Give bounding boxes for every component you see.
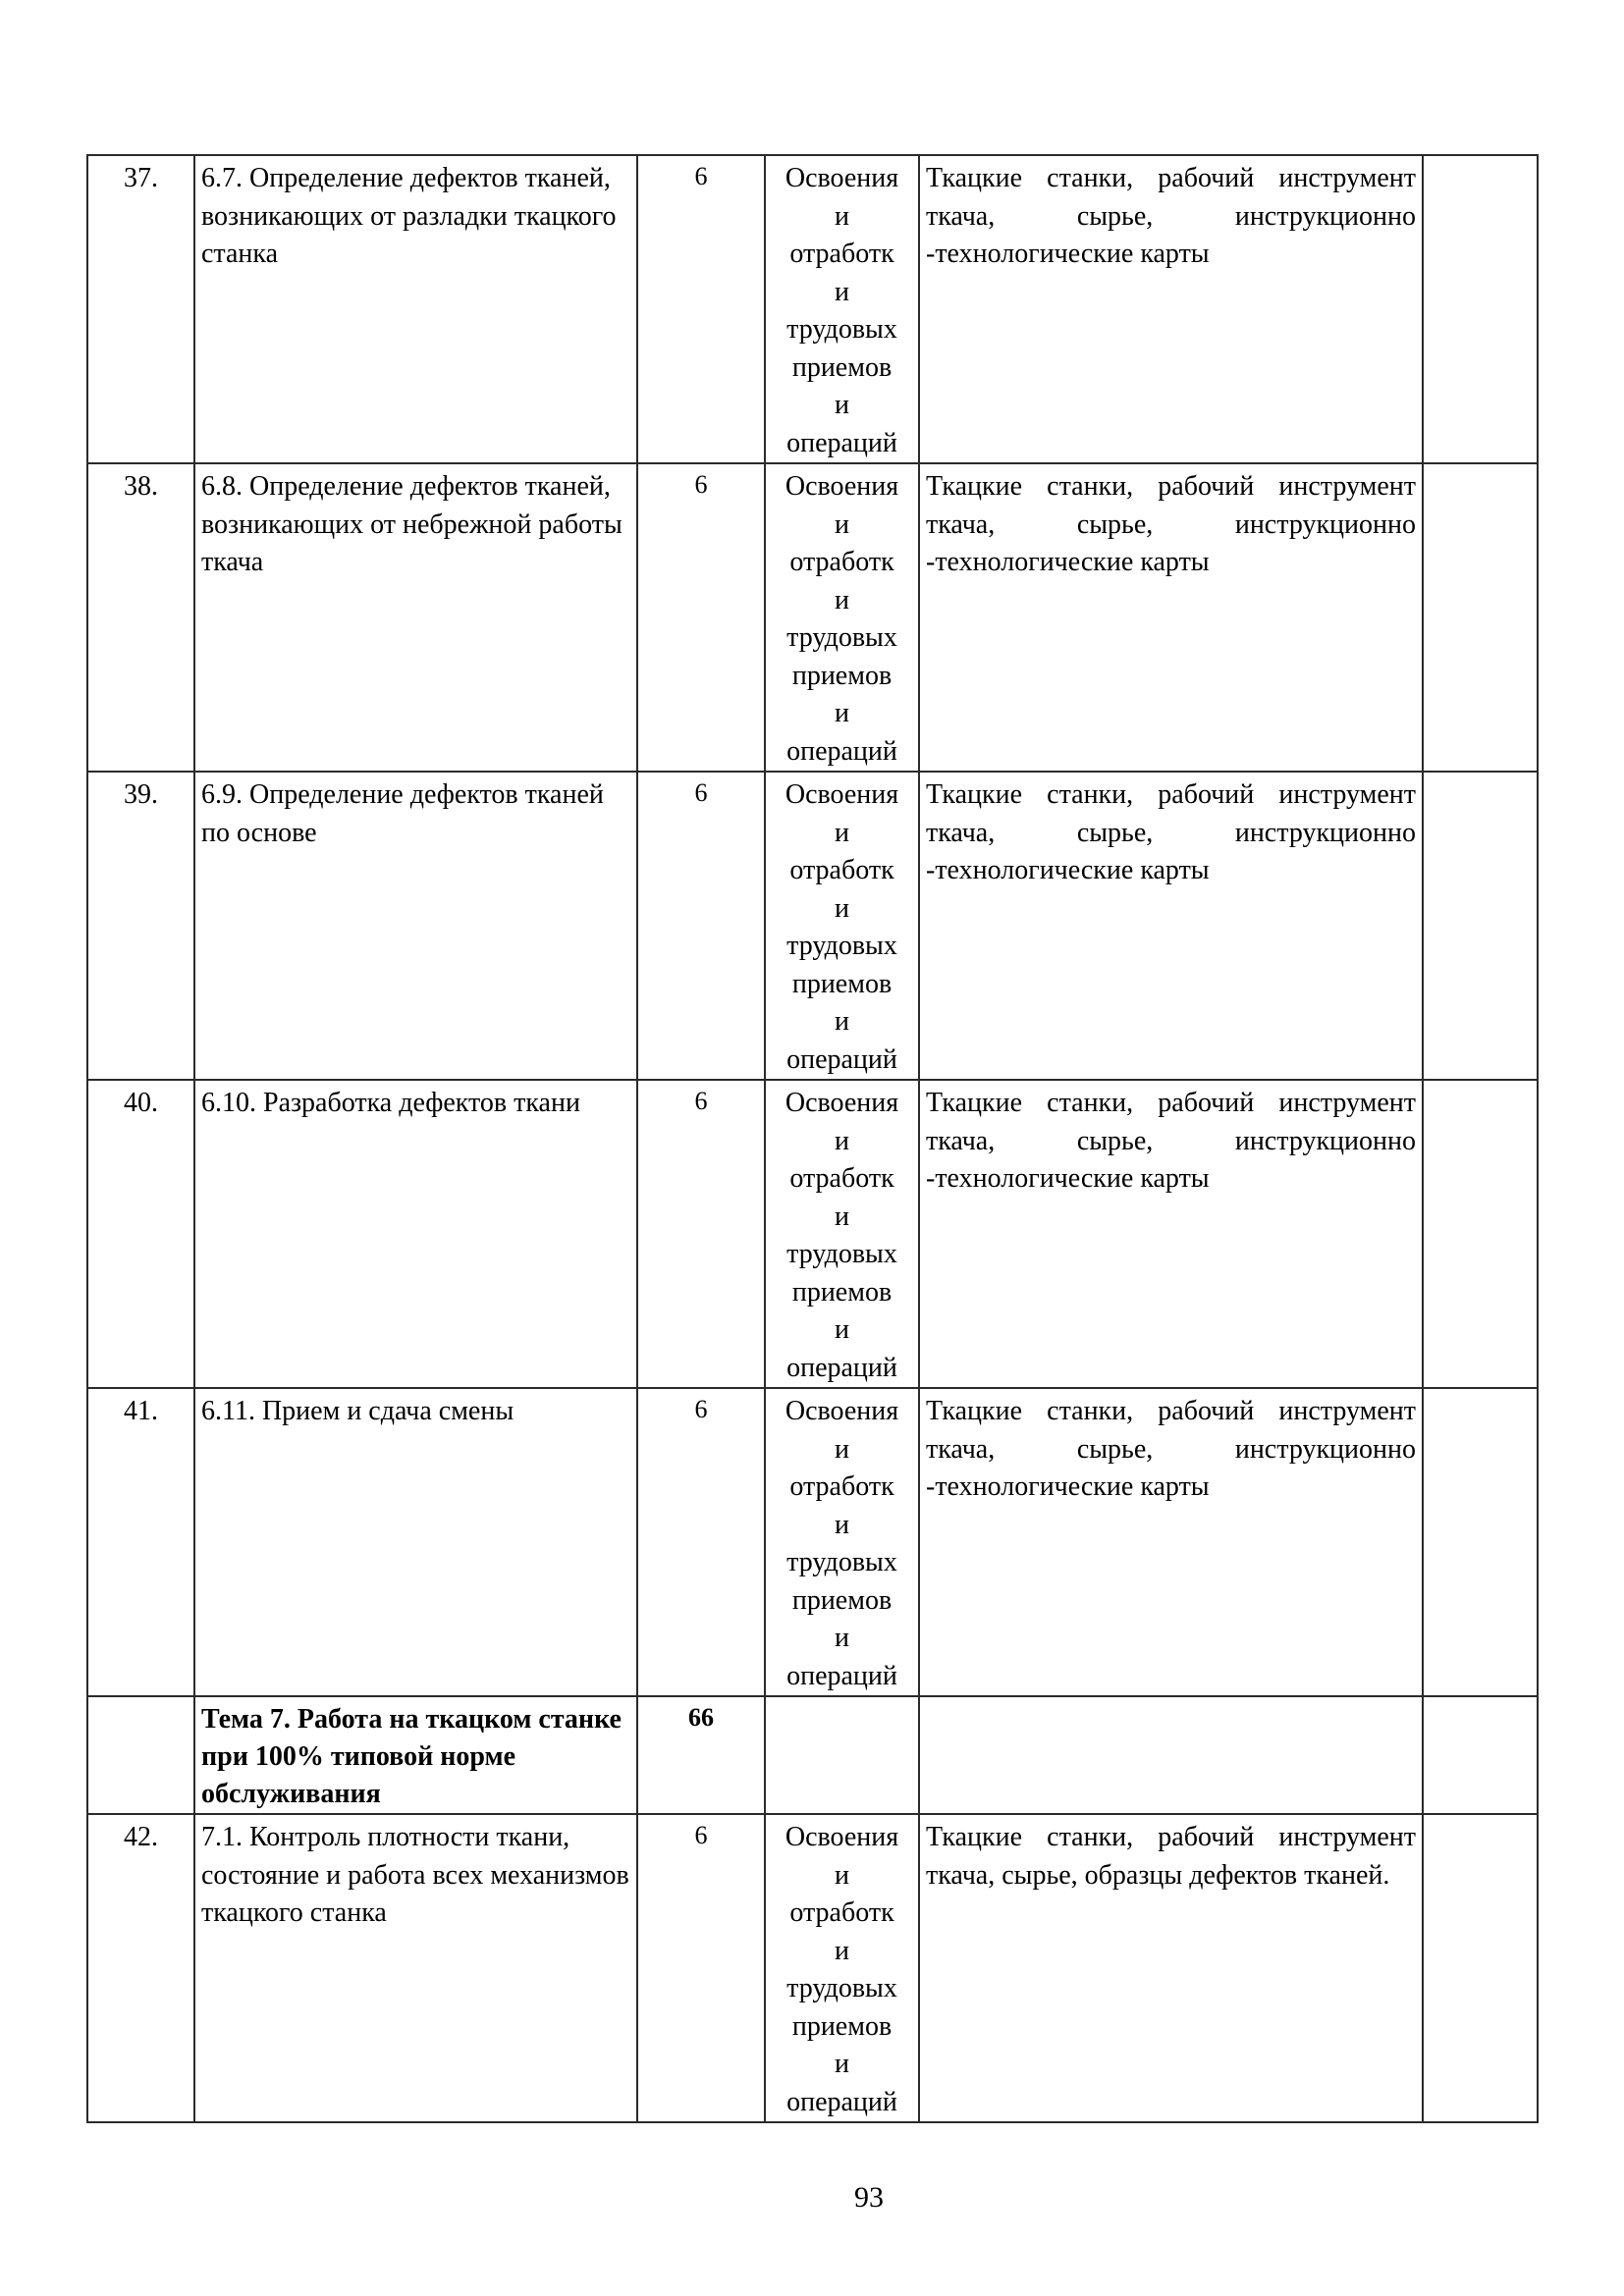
lesson-resources: Ткацкие станки, рабочий инструмент ткача… (919, 1080, 1423, 1388)
lesson-resources: Ткацкие станки, рабочий инструмент ткача… (919, 155, 1423, 463)
form-line: приемов (768, 1582, 916, 1621)
form-line: операций (768, 1041, 916, 1080)
form-line: и (768, 582, 916, 620)
row-number: 41. (87, 1388, 194, 1696)
theme-row: Тема 7. Работа на ткацком станке при 100… (87, 1696, 1538, 1814)
lesson-hours: 6 (637, 1080, 765, 1388)
form-line: приемов (768, 1274, 916, 1312)
row-number: 42. (87, 1814, 194, 2122)
form-line: приемов (768, 349, 916, 388)
form-line: и (768, 1199, 916, 1237)
lesson-topic: 6.7. Определение дефектов тканей, возник… (194, 155, 637, 463)
lesson-form: Освоенияиотработкитрудовыхприемовиоперац… (765, 1080, 919, 1388)
form-line: и (768, 387, 916, 425)
theme-hours: 66 (637, 1696, 765, 1814)
table-row: 37. 6.7. Определение дефектов тканей, во… (87, 155, 1538, 463)
form-line: и (768, 198, 916, 237)
lesson-extra (1423, 1388, 1538, 1696)
lesson-extra (1423, 463, 1538, 772)
form-line: Освоения (768, 1393, 916, 1431)
lesson-topic: 7.1. Контроль плотности ткани, состояние… (194, 1814, 637, 2122)
lesson-extra (1423, 1814, 1538, 2122)
form-line: приемов (768, 658, 916, 696)
table-row: 39. 6.9. Определение дефектов тканей по … (87, 772, 1538, 1080)
lesson-resources: Ткацкие станки, рабочий инструмент ткача… (919, 1814, 1423, 2122)
form-line: и (768, 1431, 916, 1469)
lesson-resources: Ткацкие станки, рабочий инструмент ткача… (919, 463, 1423, 772)
row-number: 40. (87, 1080, 194, 1388)
curriculum-table: 37. 6.7. Определение дефектов тканей, во… (86, 154, 1539, 2123)
lesson-form: Освоенияиотработкитрудовыхприемовиоперац… (765, 1814, 919, 2122)
form-line: приемов (768, 966, 916, 1004)
table-row: 40. 6.10. Разработка дефектов ткани 6 Ос… (87, 1080, 1538, 1388)
form-line: и (768, 1857, 916, 1896)
theme-title: Тема 7. Работа на ткацком станке при 100… (194, 1696, 637, 1814)
lesson-form: Освоенияиотработкитрудовыхприемовиоперац… (765, 1388, 919, 1696)
lesson-hours: 6 (637, 155, 765, 463)
form-line: и (768, 2046, 916, 2084)
lesson-extra (1423, 1080, 1538, 1388)
lesson-hours: 6 (637, 1814, 765, 2122)
form-line: и (768, 1123, 916, 1161)
form-line: Освоения (768, 1085, 916, 1123)
form-line: и (768, 815, 916, 853)
lesson-form: Освоенияиотработкитрудовыхприемовиоперац… (765, 463, 919, 772)
table-row: 38. 6.8. Определение дефектов тканей, во… (87, 463, 1538, 772)
lesson-topic: 6.10. Разработка дефектов ткани (194, 1080, 637, 1388)
lesson-extra (1423, 155, 1538, 463)
theme-form (765, 1696, 919, 1814)
form-line: и (768, 890, 916, 929)
form-line: Освоения (768, 160, 916, 198)
theme-extra (1423, 1696, 1538, 1814)
form-line: Освоения (768, 1819, 916, 1857)
table-row: 42. 7.1. Контроль плотности ткани, состо… (87, 1814, 1538, 2122)
form-line: операций (768, 1350, 916, 1388)
form-line: отработк (768, 1895, 916, 1933)
form-line: приемов (768, 2008, 916, 2047)
form-line: и (768, 1003, 916, 1041)
form-line: и (768, 1507, 916, 1545)
form-line: трудовых (768, 1544, 916, 1582)
row-number (87, 1696, 194, 1814)
form-line: операций (768, 2084, 916, 2122)
theme-resources (919, 1696, 1423, 1814)
form-line: трудовых (768, 619, 916, 658)
form-line: отработк (768, 544, 916, 582)
lesson-topic: 6.11. Прием и сдача смены (194, 1388, 637, 1696)
lesson-hours: 6 (637, 772, 765, 1080)
form-line: операций (768, 425, 916, 463)
lesson-hours: 6 (637, 463, 765, 772)
form-line: Освоения (768, 468, 916, 507)
lesson-hours: 6 (637, 1388, 765, 1696)
lesson-extra (1423, 772, 1538, 1080)
form-line: Освоения (768, 776, 916, 815)
form-line: и (768, 695, 916, 733)
form-line: и (768, 507, 916, 545)
form-line: трудовых (768, 1970, 916, 2008)
table-row: 41. 6.11. Прием и сдача смены 6 Освоения… (87, 1388, 1538, 1696)
page-number: 93 (0, 2181, 1624, 2215)
lesson-form: Освоенияиотработкитрудовыхприемовиоперац… (765, 155, 919, 463)
form-line: и (768, 1620, 916, 1658)
form-line: трудовых (768, 1236, 916, 1274)
form-line: и (768, 274, 916, 312)
lesson-topic: 6.8. Определение дефектов тканей, возник… (194, 463, 637, 772)
lesson-resources: Ткацкие станки, рабочий инструмент ткача… (919, 1388, 1423, 1696)
lesson-resources: Ткацкие станки, рабочий инструмент ткача… (919, 772, 1423, 1080)
form-line: операций (768, 733, 916, 772)
lesson-form: Освоенияиотработкитрудовыхприемовиоперац… (765, 772, 919, 1080)
row-number: 37. (87, 155, 194, 463)
lesson-topic: 6.9. Определение дефектов тканей по осно… (194, 772, 637, 1080)
form-line: отработк (768, 852, 916, 890)
row-number: 38. (87, 463, 194, 772)
row-number: 39. (87, 772, 194, 1080)
form-line: отработк (768, 236, 916, 274)
form-line: трудовых (768, 311, 916, 349)
form-line: отработк (768, 1160, 916, 1199)
form-line: и (768, 1933, 916, 1971)
form-line: и (768, 1311, 916, 1350)
form-line: отработк (768, 1468, 916, 1507)
form-line: операций (768, 1658, 916, 1696)
form-line: трудовых (768, 928, 916, 966)
